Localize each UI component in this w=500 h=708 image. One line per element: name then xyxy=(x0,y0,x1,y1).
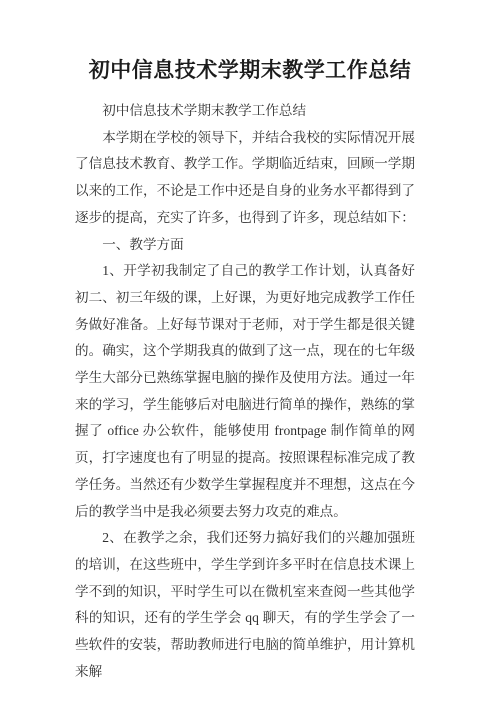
paragraph: 1、开学初我制定了自己的教学工作计划，认真备好初二、初三年级的课，上好课，为更好… xyxy=(75,258,415,525)
document-body: 初中信息技术学期末教学工作总结本学期在学校的领导下，并结合我校的实际情况开展了信… xyxy=(75,98,415,685)
paragraph: 初中信息技术学期末教学工作总结 xyxy=(75,98,415,125)
paragraph: 一、教学方面 xyxy=(75,232,415,259)
paragraph: 本学期在学校的领导下，并结合我校的实际情况开展了信息技术教育、教学工作。学期临近… xyxy=(75,125,415,232)
document-page: 初中信息技术学期末教学工作总结 初中信息技术学期末教学工作总结本学期在学校的领导… xyxy=(0,0,500,708)
paragraph: 2、在教学之余，我们还努力搞好我们的兴趣加强班的培训，在这些班中，学生学到许多平… xyxy=(75,525,415,685)
document-title: 初中信息技术学期末教学工作总结 xyxy=(0,54,500,86)
